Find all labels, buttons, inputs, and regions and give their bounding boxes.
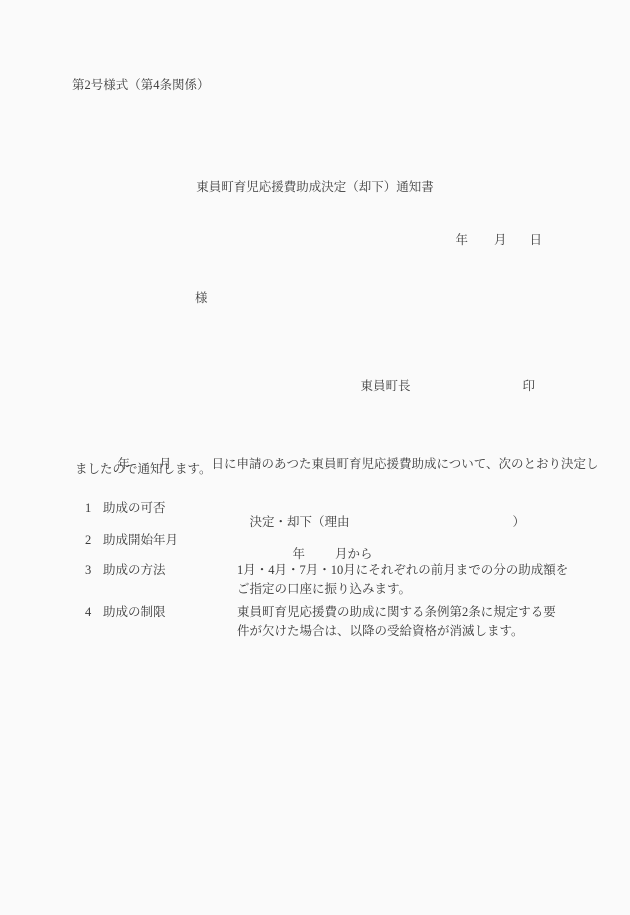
item-2-month-suffix: 月から — [335, 547, 373, 561]
item-2-month-blank — [305, 557, 335, 558]
item-3-label: 助成の方法 — [103, 563, 166, 577]
item-1-value-suffix: ） — [513, 515, 526, 529]
item-4-value-line-1: 東員町育児応援費の助成に関する条例第2条に規定する要 — [237, 605, 556, 619]
form-number: 第2号様式（第4条関係） — [72, 78, 210, 92]
issuer-line: 東員町長印 — [348, 365, 535, 408]
body-line-1-text: 日に申請のあつた東員町育児応援費助成について、次のとおり決定し — [212, 457, 599, 471]
document-page: 第2号様式（第4条関係） 東員町育児応援費助成決定（却下）通知書 年月日 様 東… — [0, 0, 630, 915]
addressee-honorific: 様 — [195, 291, 208, 305]
item-3-value-line-2: ご指定の口座に振り込みます。 — [237, 582, 411, 596]
issue-date-month-blank — [507, 243, 530, 244]
seal-mark: 印 — [523, 379, 536, 393]
item-2-number: 2 — [85, 533, 91, 547]
issuer-name-blank — [411, 389, 523, 390]
item-1-reason-blank — [350, 525, 513, 526]
item-4-number: 4 — [85, 605, 91, 619]
document-title: 東員町育児応援費助成決定（却下）通知書 — [0, 180, 630, 194]
item-4-value-line-2: 件が欠けた場合は、以降の受給資格が消滅します。 — [237, 624, 524, 638]
issue-date-year-label: 年 — [456, 233, 469, 247]
item-2-label: 助成開始年月 — [103, 533, 178, 547]
item-1-number: 1 — [85, 501, 91, 515]
item-3-value-line-1: 1月・4月・7月・10月にそれぞれの前月までの分の助成額を — [237, 563, 568, 577]
item-2-year-label: 年 — [293, 547, 306, 561]
issue-date-year-blank — [468, 243, 494, 244]
issue-date-month-label: 月 — [494, 233, 507, 247]
issue-date-line: 年月日 — [443, 219, 542, 262]
issuer-name: 東員町長 — [361, 379, 411, 393]
body-line-2: ましたので通知します。 — [75, 462, 212, 476]
item-3-number: 3 — [85, 563, 91, 577]
issue-date-day-label: 日 — [530, 233, 543, 247]
item-4-label: 助成の制限 — [103, 605, 166, 619]
item-1-value-prefix: 決定・却下（理由 — [250, 515, 350, 529]
item-1-label: 助成の可否 — [103, 501, 166, 515]
item-2-year-blank — [250, 557, 293, 558]
